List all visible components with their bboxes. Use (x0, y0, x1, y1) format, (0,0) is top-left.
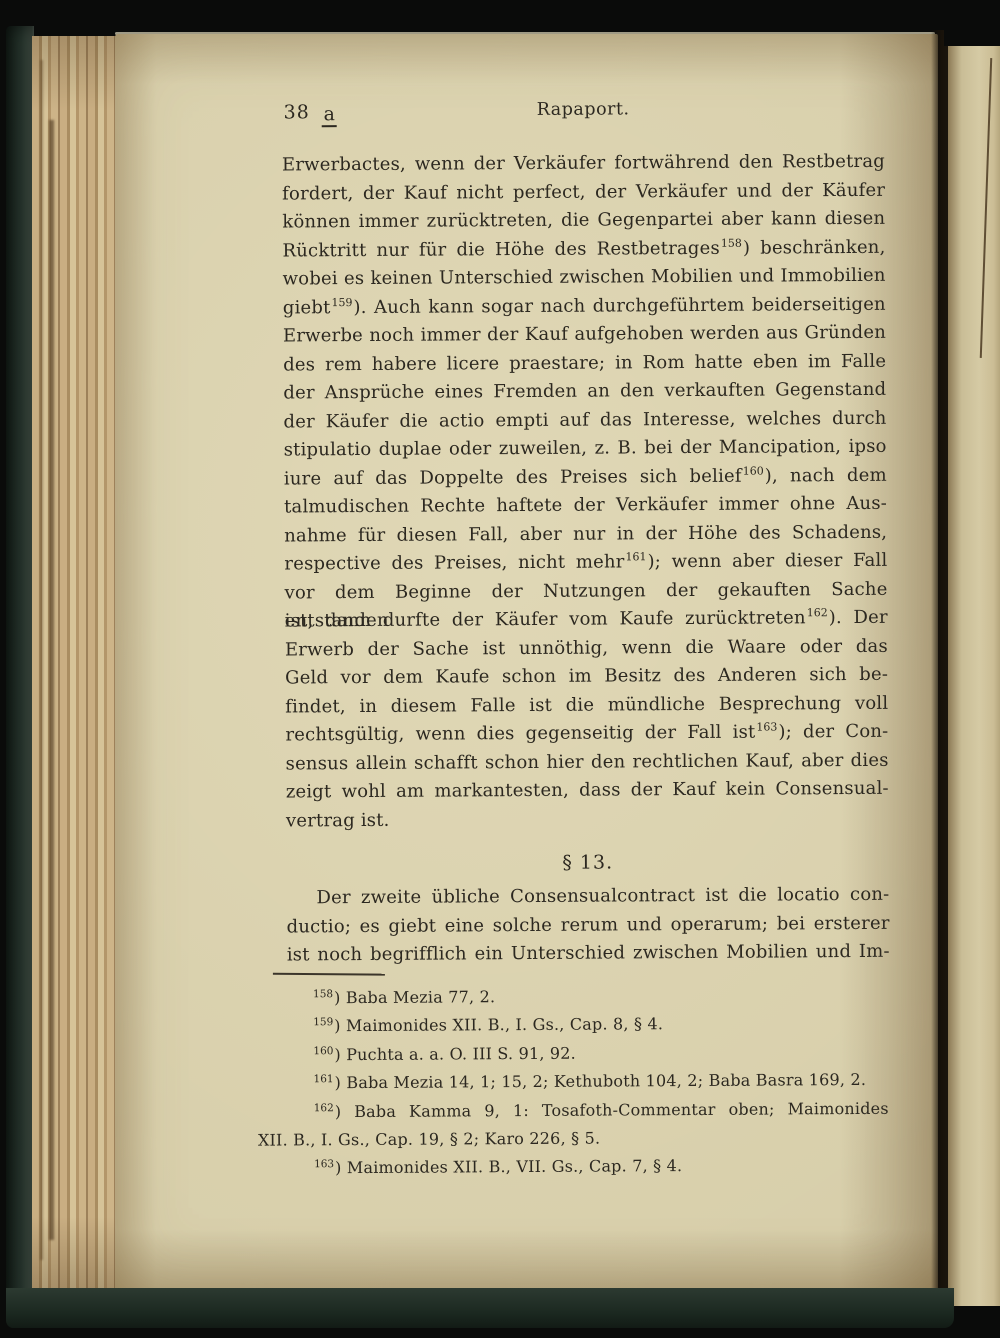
text-line: ist noch begrifflich ein Unterschied zwi… (287, 938, 890, 970)
text-line: fordert, der Kauf nicht perfect, der Ver… (282, 176, 885, 208)
text-line: Erwerbe noch immer der Kauf aufgehoben w… (283, 319, 886, 351)
text-line: des rem habere licere praestare; in Rom … (283, 347, 886, 379)
text-line: Der zweite übliche Consensualcontract is… (286, 881, 889, 913)
page-number: 38 (284, 101, 310, 123)
footnote: 160) Puchta a. a. O. III S. 91, 92. (257, 1038, 890, 1070)
text-line: Geld vor dem Kaufe schon im Besitz des A… (285, 661, 888, 693)
text-line: zeigt wohl am markantesten, dass der Kau… (286, 775, 889, 807)
text-line: talmudischen Rechte haftete der Verkäufe… (284, 490, 887, 522)
section-heading: § 13. (286, 850, 889, 876)
adjacent-page-sliver (948, 44, 1000, 1306)
fore-edge-dark-streak (40, 60, 43, 1260)
text-line: Rücktritt nur für die Höhe des Restbetra… (282, 233, 885, 265)
text-line: vor dem Beginne der Nutzungen der gekauf… (284, 575, 887, 607)
footnotes: 158) Baba Mezia 77, 2.159) Maimonides XI… (257, 981, 891, 1184)
text-line: der Käufer die actio empti auf das Inter… (283, 404, 886, 436)
footnote: 163) Maimonides XII. B., VII. Gs., Cap. … (258, 1151, 891, 1183)
text-line: nahme für diesen Fall, aber nur in der H… (284, 518, 887, 550)
fore-edge-dark-streak (49, 120, 54, 1240)
text-line: vertrag ist. (286, 803, 889, 835)
top-right-background (944, 28, 1000, 46)
text-line: iure auf das Doppelte des Preises sich b… (284, 461, 887, 493)
text-line: giebt159). Auch kann sogar nach durchgef… (283, 290, 886, 322)
text-line: der Ansprüche eines Fremden an den verka… (283, 376, 886, 408)
text-line: stipulatio duplae oder zuweilen, z. B. b… (284, 433, 887, 465)
book-cover-bottom-edge (6, 1288, 954, 1328)
text-line: ductio; es giebt eine solche rerum und o… (287, 909, 890, 941)
footnote: 161) Baba Mezia 14, 1; 15, 2; Kethuboth … (257, 1066, 890, 1098)
book-cover-left-edge (6, 26, 34, 1328)
scanned-book-photo: { "colors": { "bg": "#0a0b0a", "cover-gr… (0, 0, 1000, 1338)
text-line: Erwerb der Sache ist unnöthig, wenn die … (285, 632, 888, 664)
footnote: 159) Maimonides XII. B., I. Gs., Cap. 8,… (257, 1009, 890, 1041)
text-line: rechtsgültig, wenn dies gegenseitig der … (285, 718, 888, 750)
text-line: respective des Preises, nicht mehr161); … (284, 547, 887, 579)
text-line: können immer zurücktreten, die Gegenpart… (282, 205, 885, 237)
book-page: 38 a Rapaport. Erwerbactes, wenn der Ver… (115, 34, 938, 1292)
paragraph-2: Der zweite übliche Consensualcontract is… (286, 881, 890, 970)
page-fore-edges (32, 36, 116, 1292)
footnote-continuation: XII. B., I. Gs., Cap. 19, § 2; Karo 226,… (258, 1123, 891, 1155)
printed-content: 38 a Rapaport. Erwerbactes, wenn der Ver… (111, 31, 942, 1294)
text-line: ist, dann durfte der Käufer vom Kaufe zu… (285, 604, 888, 636)
text-line: Erwerbactes, wenn der Verkäufer fortwähr… (282, 148, 885, 180)
footnote: 162) Baba Kamma 9, 1: Tosafoth-Commentar… (258, 1094, 891, 1126)
text-line: sensus allein schafft schon hier den rec… (286, 746, 889, 778)
footnote-separator-rule (273, 973, 385, 976)
text-line: findet, in diesem Falle ist die mündlich… (285, 689, 888, 721)
text-line: wobei es keinen Unterschied zwischen Mob… (283, 262, 886, 294)
margin-annotation: a (322, 103, 337, 127)
running-title: Rapaport. (282, 98, 885, 122)
paragraph-1: Erwerbactes, wenn der Verkäufer fortwähr… (282, 148, 889, 836)
page-header: 38 a Rapaport. (282, 98, 885, 132)
footnote: 158) Baba Mezia 77, 2. (257, 981, 890, 1013)
